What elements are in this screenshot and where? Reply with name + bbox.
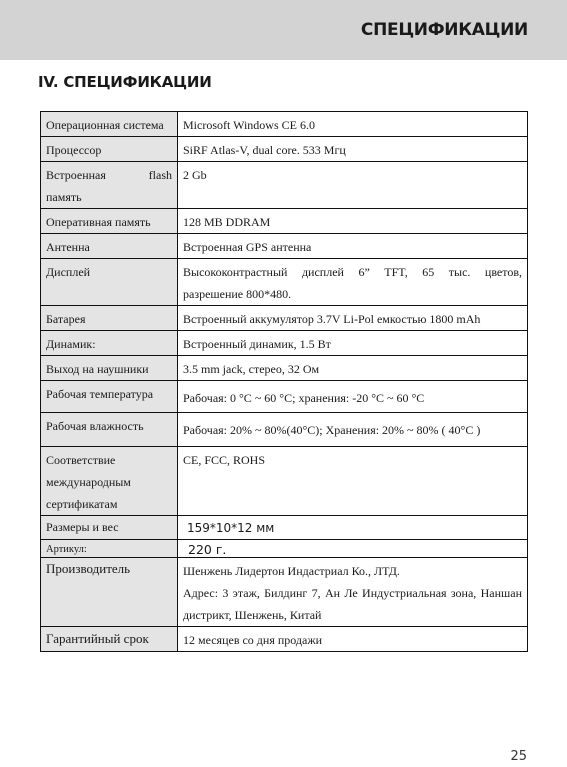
spec-value: CE, FCC, ROHS	[178, 447, 528, 516]
spec-row-headphones: Выход на наушники 3.5 mm jack, стерео, 3…	[41, 356, 528, 381]
spec-label: Встроенная flash память	[41, 162, 178, 209]
spec-label: Артикул:	[41, 540, 178, 558]
header-title: СПЕЦИФИКАЦИИ	[361, 20, 528, 40]
spec-value: 12 месяцев со дня продажи	[178, 627, 528, 652]
spec-row-temperature: Рабочая температура Рабочая: 0 °C ~ 60 °…	[41, 381, 528, 413]
spec-row-manufacturer: Производитель Шенжень Лидертон Индастриа…	[41, 558, 528, 627]
spec-row-warranty: Гарантийный срок 12 месяцев со дня прода…	[41, 627, 528, 652]
spec-row-certificates: Соответствие международным сертификатам …	[41, 447, 528, 516]
spec-label: Динамик:	[41, 331, 178, 356]
spec-row-processor: Процессор SiRF Atlas-V, dual core. 533 М…	[41, 137, 528, 162]
spec-value: 3.5 mm jack, стерео, 32 Ом	[178, 356, 528, 381]
spec-value: 128 MB DDRAM	[178, 209, 528, 234]
spec-row-os: Операционная система Microsoft Windows C…	[41, 112, 528, 137]
spec-row-display: Дисплей Высококонтрастный дисплей 6” TFT…	[41, 259, 528, 306]
spec-value: Рабочая: 20% ~ 80%(40°C); Хранения: 20% …	[178, 413, 528, 447]
spec-value: 220 г.	[178, 540, 528, 558]
spec-row-speaker: Динамик: Встроенный динамик, 1.5 Вт	[41, 331, 528, 356]
spec-value: Встроенная GPS антенна	[178, 234, 528, 259]
spec-label: Операционная система	[41, 112, 178, 137]
spec-label: Дисплей	[41, 259, 178, 306]
spec-value: SiRF Atlas-V, dual core. 533 Мгц	[178, 137, 528, 162]
spec-label: Выход на наушники	[41, 356, 178, 381]
spec-row-antenna: Антенна Встроенная GPS антенна	[41, 234, 528, 259]
spec-label: Производитель	[41, 558, 178, 627]
spec-value: Рабочая: 0 °C ~ 60 °C; хранения: -20 °C …	[178, 381, 528, 413]
spec-value: Встроенный аккумулятор 3.7V Li-Pol емкос…	[178, 306, 528, 331]
spec-value: 159*10*12 мм	[178, 516, 528, 540]
spec-row-humidity: Рабочая влажность Рабочая: 20% ~ 80%(40°…	[41, 413, 528, 447]
spec-value: Встроенный динамик, 1.5 Вт	[178, 331, 528, 356]
spec-value: Высококонтрастный дисплей 6” TFT, 65 тыс…	[178, 259, 528, 306]
spec-value: Microsoft Windows CE 6.0	[178, 112, 528, 137]
specifications-table: Операционная система Microsoft Windows C…	[40, 111, 528, 652]
spec-label: Рабочая температура	[41, 381, 178, 413]
spec-label: Оперативная память	[41, 209, 178, 234]
spec-label: Процессор	[41, 137, 178, 162]
page-number: 25	[510, 749, 527, 764]
spec-label: Соответствие международным сертификатам	[41, 447, 178, 516]
spec-label: Размеры и вес	[41, 516, 178, 540]
spec-label: Антенна	[41, 234, 178, 259]
spec-row-ram: Оперативная память 128 MB DDRAM	[41, 209, 528, 234]
spec-value: Шенжень Лидертон Индастриал Ко., ЛТД. Ад…	[178, 558, 528, 627]
spec-label: Гарантийный срок	[41, 627, 178, 652]
spec-row-battery: Батарея Встроенный аккумулятор 3.7V Li-P…	[41, 306, 528, 331]
spec-label: Рабочая влажность	[41, 413, 178, 447]
spec-value: 2 Gb	[178, 162, 528, 209]
page-header-band: СПЕЦИФИКАЦИИ	[0, 0, 567, 60]
spec-row-article: Артикул: 220 г.	[41, 540, 528, 558]
spec-row-size: Размеры и вес 159*10*12 мм	[41, 516, 528, 540]
section-title: IV. СПЕЦИФИКАЦИИ	[38, 73, 212, 91]
spec-row-flash: Встроенная flash память 2 Gb	[41, 162, 528, 209]
spec-label: Батарея	[41, 306, 178, 331]
